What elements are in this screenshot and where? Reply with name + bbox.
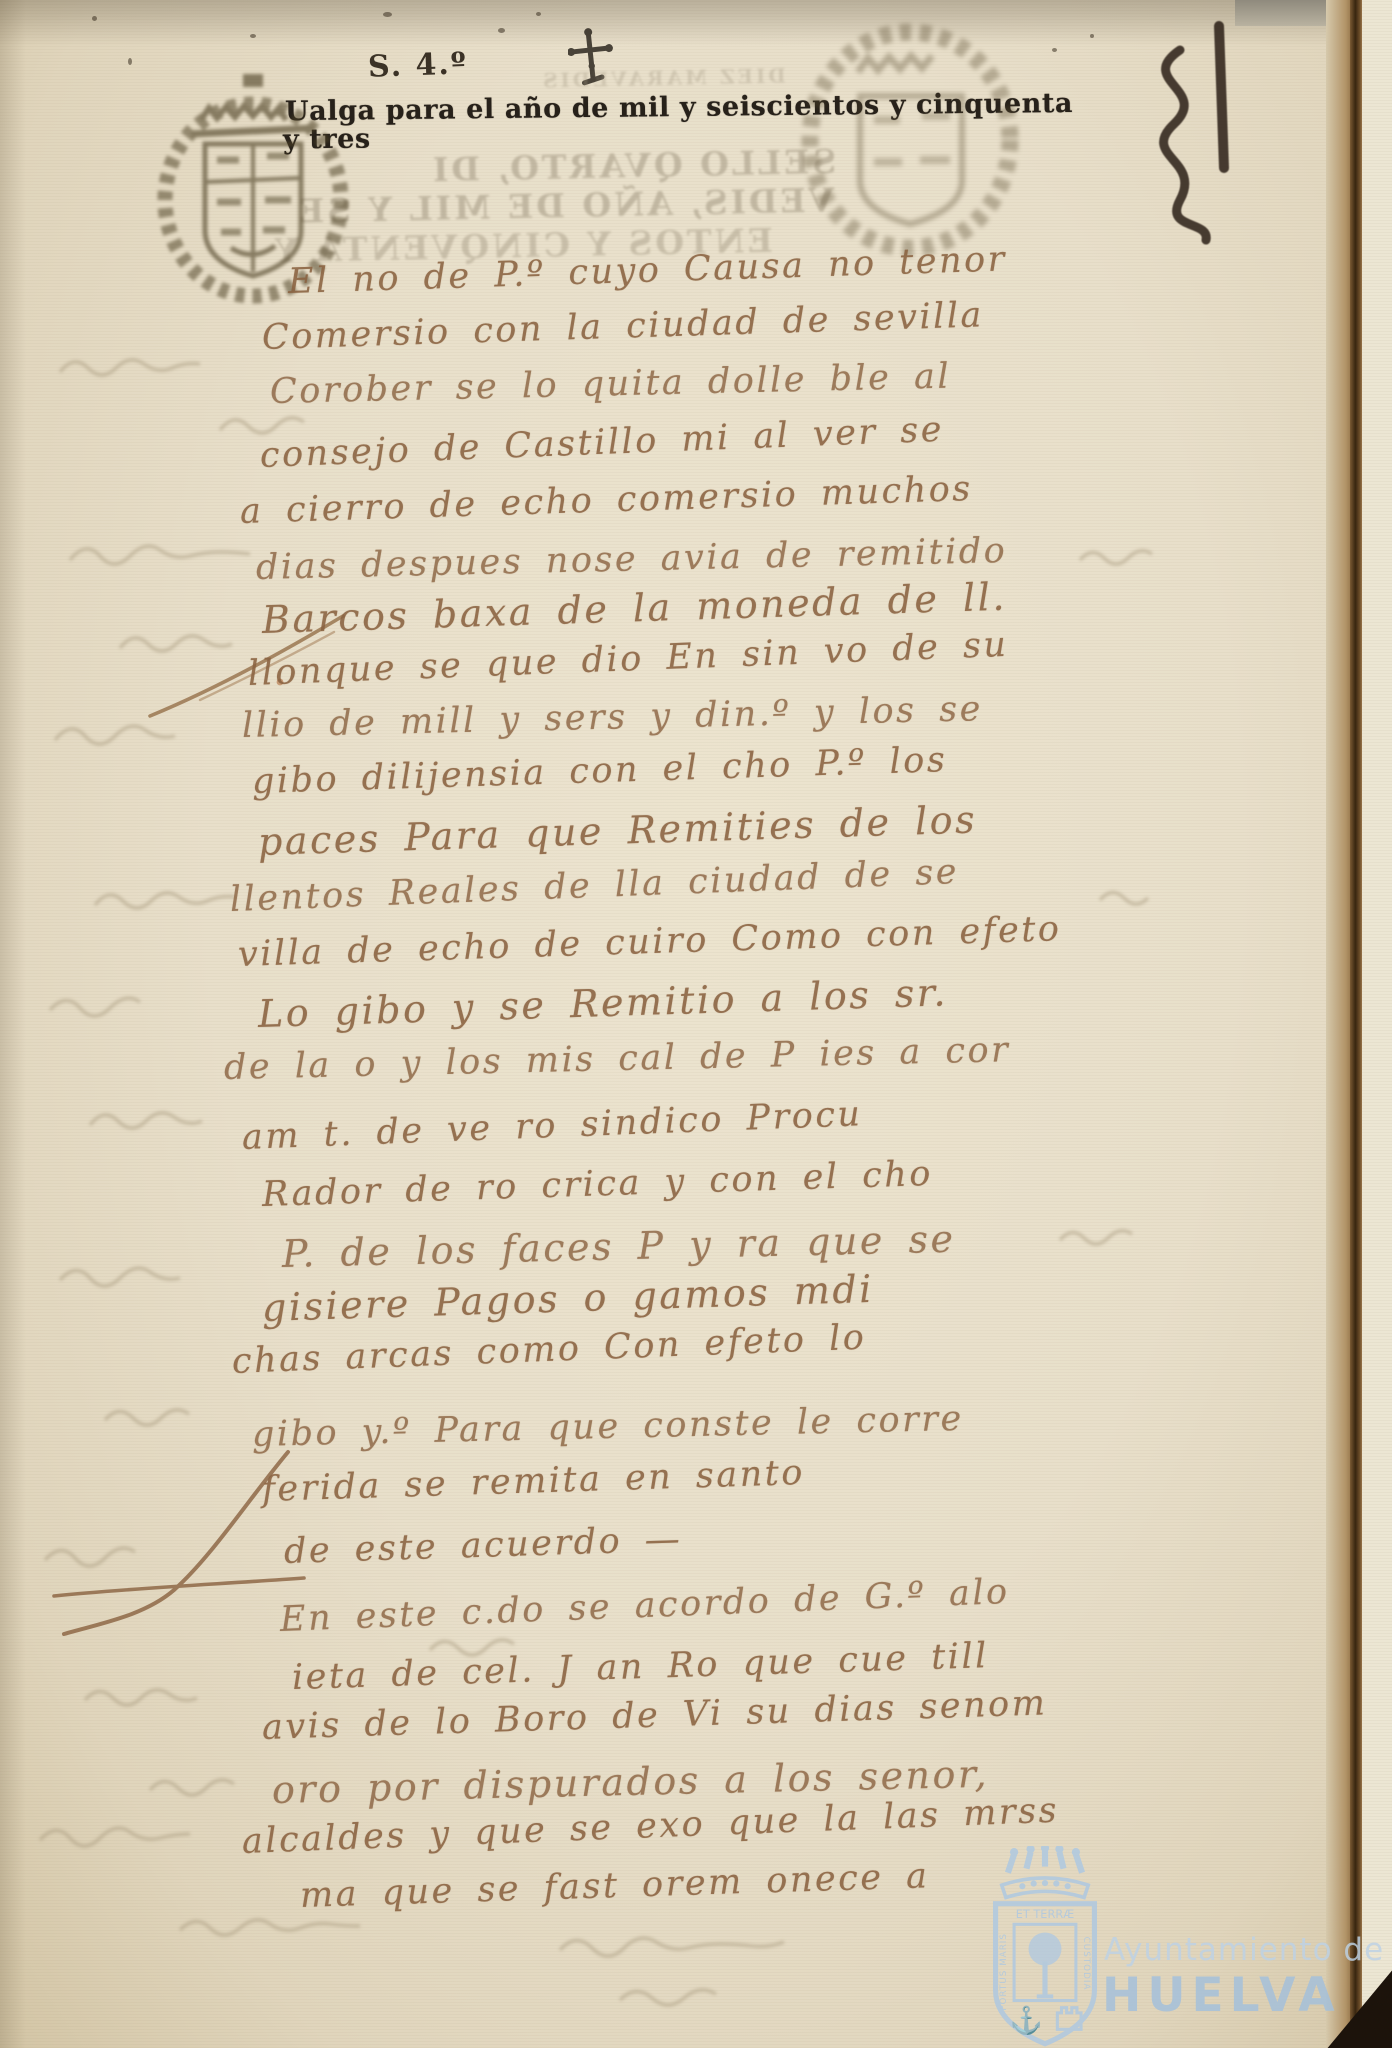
manuscript-line: Corober se lo quita dolle ble al xyxy=(270,357,952,412)
manuscript-line: Lo gibo y se Remitio a los sr. xyxy=(257,970,948,1036)
manuscript-line: paces Para que Remities de los xyxy=(257,797,977,864)
manuscript-line: ma que se fast orem onece a xyxy=(299,1856,930,1916)
manuscript-line: de este acuerdo — xyxy=(283,1519,682,1571)
manuscript-line: llio de mill y sers y din.º y los se xyxy=(242,689,984,746)
manuscript-line: Comersio con la ciudad de sevilla xyxy=(261,295,984,358)
huelva-watermark: ET TERRÆ PORTUS MARIS CUSTODIA ⚓ Ayuntam… xyxy=(952,1840,1392,2048)
manuscript-line: am t. de ve ro sindico Procu xyxy=(241,1094,863,1158)
manuscript-line: de la o y los mis cal de P ies a cor xyxy=(224,1030,1011,1088)
shield-motto-left: PORTUS MARIS xyxy=(999,1933,1009,2011)
manuscript-line: El no de P.º cuyo Causa no tenor xyxy=(287,239,1007,302)
anchor-icon: ⚓ xyxy=(1010,2004,1043,2036)
manuscript-line: villa de echo de cuiro Como con efeto xyxy=(237,909,1062,975)
manuscript-line: llentos Reales de lla ciudad de se xyxy=(229,852,959,920)
manuscript-line: ferida se remita en santo xyxy=(261,1453,805,1510)
shield-motto-right: CUSTODIA xyxy=(1081,1937,1091,1991)
huelva-shield-icon: ET TERRÆ PORTUS MARIS CUSTODIA ⚓ xyxy=(970,1846,1120,2048)
manuscript-line: En este c.do se acordo de G.º alo xyxy=(279,1572,1010,1640)
watermark-city-name: HUELVA xyxy=(1102,1968,1341,2023)
manuscript-line: gibo y.º Para que conste le corre xyxy=(252,1399,965,1455)
shield-motto-top: ET TERRÆ xyxy=(1016,1907,1075,1921)
manuscript-line: Rador de ro crica y con el cho xyxy=(261,1154,933,1215)
manuscript-line: consejo de Castillo mi al ver se xyxy=(259,410,944,476)
manuscript-line: a cierro de echo comersio muchos xyxy=(239,469,973,532)
watermark-org-name: Ayuntamiento de xyxy=(1104,1932,1384,1968)
manuscript-text-block: El no de P.º cuyo Causa no tenor Comersi… xyxy=(0,0,1392,2048)
manuscript-line: gibo dilijensia con el cho P.º los xyxy=(251,740,947,802)
manuscript-page-scan: S. 4.º Ualga para el año de mil y seisci… xyxy=(0,0,1392,2048)
